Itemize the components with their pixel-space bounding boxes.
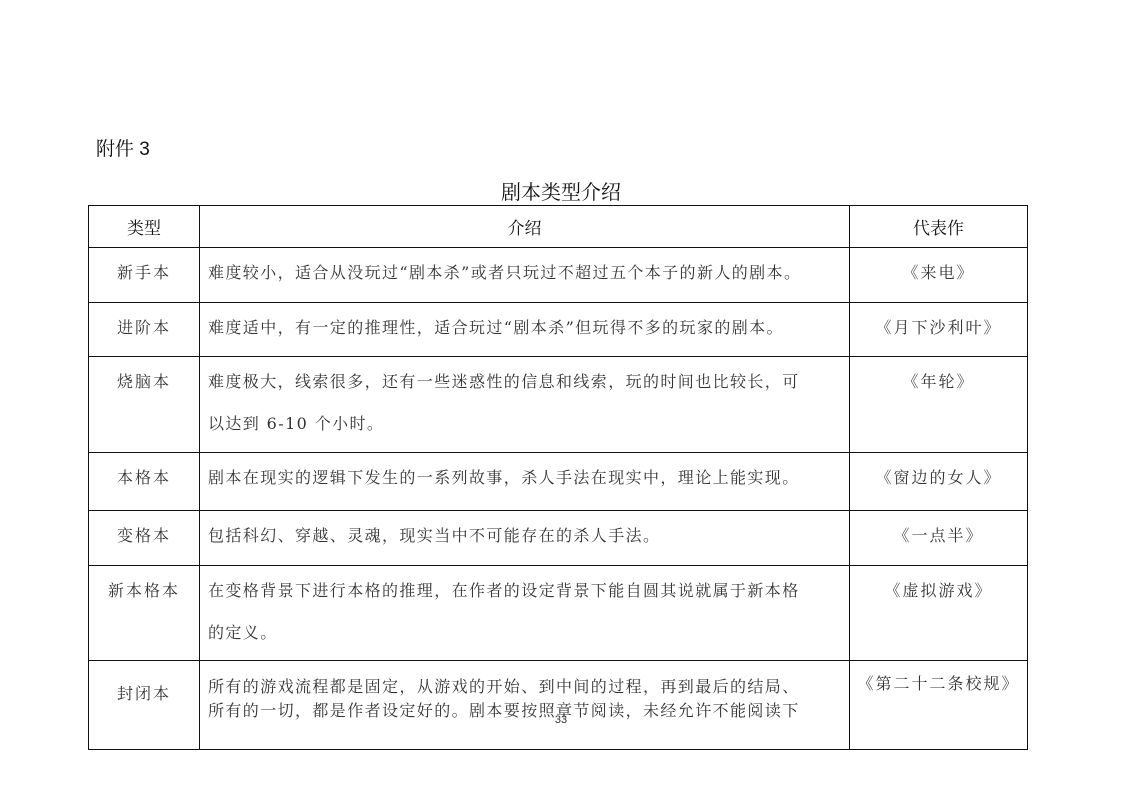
- intro-line: 的定义。: [208, 618, 841, 648]
- page-title: 剧本类型介绍: [0, 176, 1122, 205]
- cell-representative: 《窗边的女人》: [850, 453, 1028, 511]
- cell-representative: 《年轮》: [850, 357, 1028, 453]
- table-row: 本格本 剧本在现实的逻辑下发生的一系列故事，杀人手法在现实中，理论上能实现。 《…: [89, 453, 1028, 511]
- cell-representative: 《月下沙利叶》: [850, 303, 1028, 357]
- page-number: 33: [0, 714, 1122, 726]
- cell-intro: 难度极大，线索很多，还有一些迷惑性的信息和线索，玩的时间也比较长，可 以达到 6…: [200, 357, 850, 453]
- intro-line: 所有的游戏流程都是固定，从游戏的开始、到中间的过程，再到最后的结局、: [208, 675, 841, 699]
- cell-type: 新本格本: [89, 566, 200, 661]
- cell-type: 烧脑本: [89, 357, 200, 453]
- table-row: 进阶本 难度适中，有一定的推理性，适合玩过“剧本杀”但玩得不多的玩家的剧本。 《…: [89, 303, 1028, 357]
- cell-representative: 《第二十二条校规》: [850, 661, 1028, 750]
- table-row: 烧脑本 难度极大，线索很多，还有一些迷惑性的信息和线索，玩的时间也比较长，可 以…: [89, 357, 1028, 453]
- table-row: 变格本 包括科幻、穿越、灵魂，现实当中不可能存在的杀人手法。 《一点半》: [89, 511, 1028, 566]
- intro-line: 难度极大，线索很多，还有一些迷惑性的信息和线索，玩的时间也比较长，可: [208, 367, 841, 397]
- cell-representative: 《一点半》: [850, 511, 1028, 566]
- table-row: 封闭本 所有的游戏流程都是固定，从游戏的开始、到中间的过程，再到最后的结局、 所…: [89, 661, 1028, 750]
- cell-type: 本格本: [89, 453, 200, 511]
- cell-representative: 《虚拟游戏》: [850, 566, 1028, 661]
- intro-line: 难度较小，适合从没玩过“剧本杀”或者只玩过不超过五个本子的新人的剧本。: [208, 258, 841, 288]
- intro-line: 在变格背景下进行本格的推理，在作者的设定背景下能自圆其说就属于新本格: [208, 576, 841, 606]
- cell-intro: 难度适中，有一定的推理性，适合玩过“剧本杀”但玩得不多的玩家的剧本。: [200, 303, 850, 357]
- annex-label: 附件 3: [96, 134, 150, 161]
- cell-type: 变格本: [89, 511, 200, 566]
- cell-intro: 所有的游戏流程都是固定，从游戏的开始、到中间的过程，再到最后的结局、 所有的一切…: [200, 661, 850, 750]
- header-type: 类型: [89, 206, 200, 248]
- header-representative: 代表作: [850, 206, 1028, 248]
- intro-line: 剧本在现实的逻辑下发生的一系列故事，杀人手法在现实中，理论上能实现。: [208, 463, 841, 493]
- cell-intro: 剧本在现实的逻辑下发生的一系列故事，杀人手法在现实中，理论上能实现。: [200, 453, 850, 511]
- intro-line: 包括科幻、穿越、灵魂，现实当中不可能存在的杀人手法。: [208, 521, 841, 551]
- cell-intro: 包括科幻、穿越、灵魂，现实当中不可能存在的杀人手法。: [200, 511, 850, 566]
- cell-type: 进阶本: [89, 303, 200, 357]
- cell-intro: 难度较小，适合从没玩过“剧本杀”或者只玩过不超过五个本子的新人的剧本。: [200, 248, 850, 303]
- cell-type: 封闭本: [89, 661, 200, 750]
- table-header-row: 类型 介绍 代表作: [89, 206, 1028, 248]
- header-intro: 介绍: [200, 206, 850, 248]
- cell-type: 新手本: [89, 248, 200, 303]
- intro-line: 难度适中，有一定的推理性，适合玩过“剧本杀”但玩得不多的玩家的剧本。: [208, 313, 841, 343]
- cell-intro: 在变格背景下进行本格的推理，在作者的设定背景下能自圆其说就属于新本格 的定义。: [200, 566, 850, 661]
- cell-representative: 《来电》: [850, 248, 1028, 303]
- script-types-table: 类型 介绍 代表作 新手本 难度较小，适合从没玩过“剧本杀”或者只玩过不超过五个…: [88, 205, 1028, 750]
- table-row: 新手本 难度较小，适合从没玩过“剧本杀”或者只玩过不超过五个本子的新人的剧本。 …: [89, 248, 1028, 303]
- table-row: 新本格本 在变格背景下进行本格的推理，在作者的设定背景下能自圆其说就属于新本格 …: [89, 566, 1028, 661]
- intro-line: 以达到 6-10 个小时。: [208, 409, 841, 439]
